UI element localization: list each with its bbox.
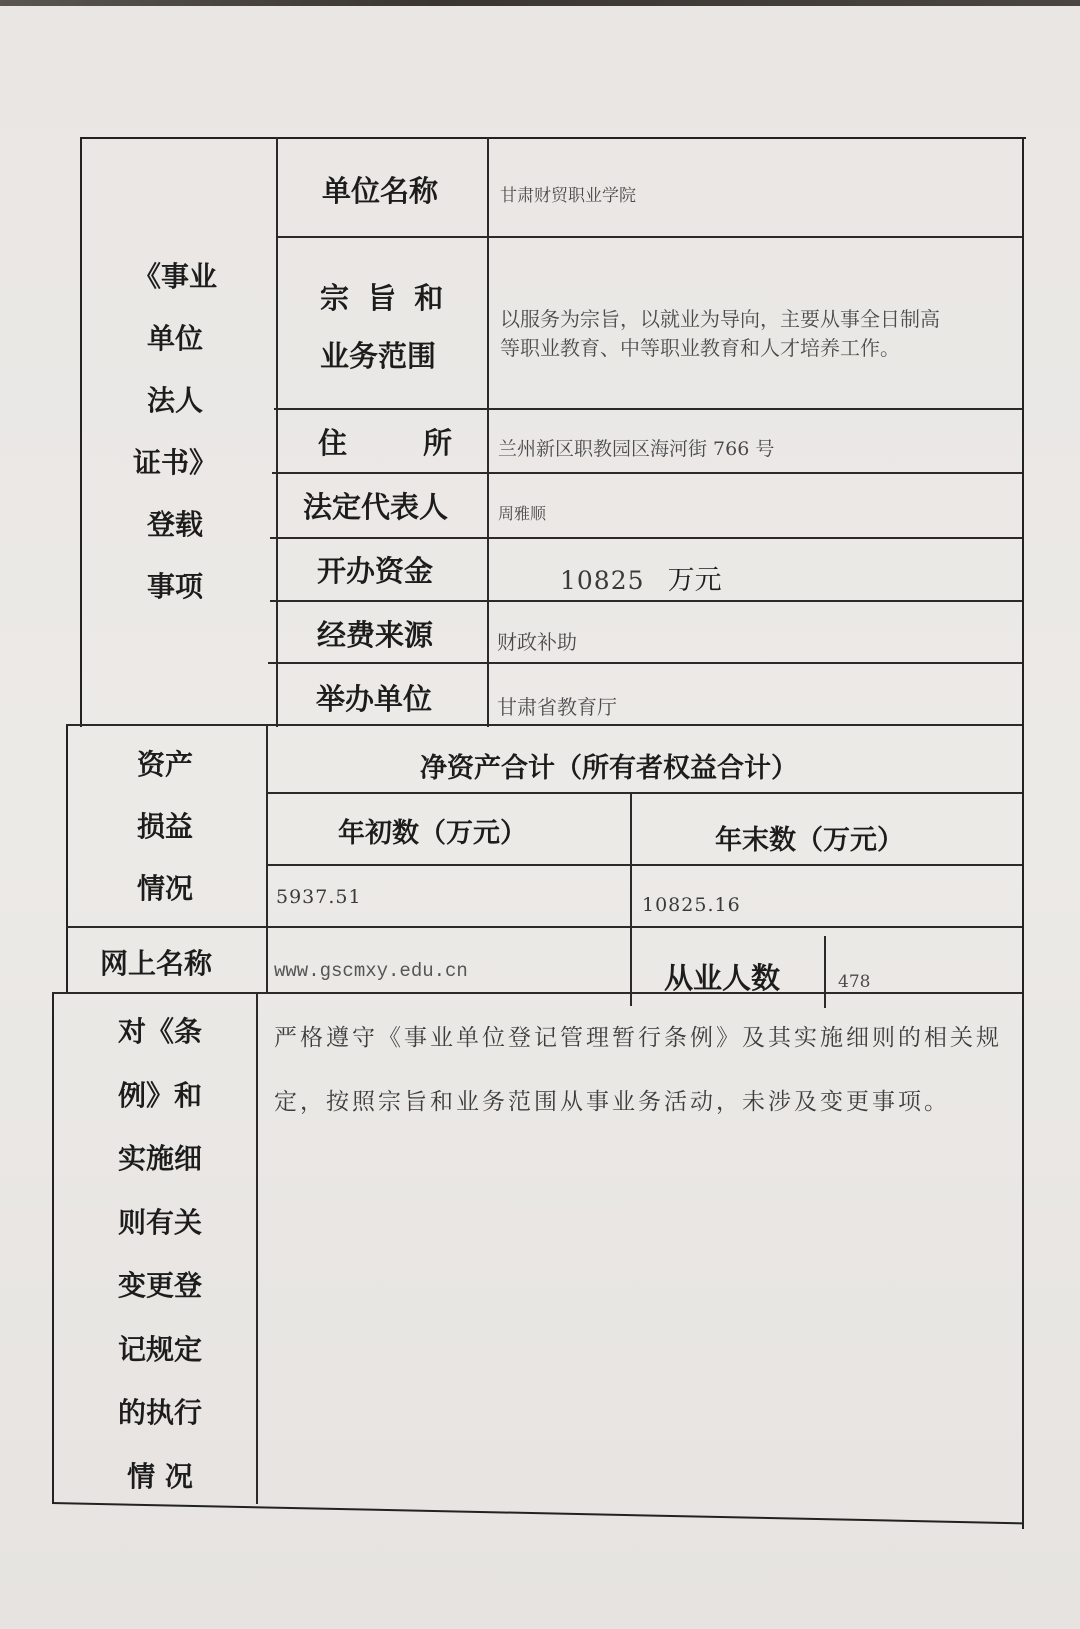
label-line: 变更登 <box>90 1254 230 1318</box>
value-purpose-line2: 等职业教育、中等职业教育和人才培养工作。 <box>500 332 900 361</box>
label-sponsor: 举办单位 <box>316 677 432 718</box>
label-line: 则有关 <box>90 1191 230 1255</box>
col-divider-2 <box>487 137 489 727</box>
section-sep <box>66 724 1022 726</box>
table-border-top <box>82 137 1026 139</box>
table-border-left <box>80 137 82 727</box>
value-sponsor: 甘肃省教育厅 <box>497 691 617 720</box>
col-divider-staff <box>824 936 826 1008</box>
label-line: 事项 <box>105 556 245 618</box>
value-purpose-line1: 以服务为宗旨，以就业为导向，主要从事全日制高 <box>500 303 940 332</box>
certificate-section-label: 《事业 单位 法人 证书》 登载 事项 <box>105 246 245 618</box>
value-begin: 5937.51 <box>276 886 362 908</box>
value-funding-source: 财政补助 <box>497 626 577 655</box>
label-line: 资产 <box>100 734 230 796</box>
label-line: 情 况 <box>90 1445 230 1509</box>
label-line: 损益 <box>100 796 230 858</box>
label-address: 住 所 <box>318 421 458 462</box>
label-funding-source: 经费来源 <box>317 613 433 654</box>
label-unit-name: 单位名称 <box>322 169 438 210</box>
section-sep <box>66 926 1022 928</box>
table-border-left-lower <box>66 724 68 994</box>
value-legal-rep: 周雅顺 <box>498 501 546 524</box>
label-line: 情况 <box>100 858 230 920</box>
capital-amount: 10825 <box>560 566 645 595</box>
row-sep <box>274 408 1022 410</box>
label-line: 法人 <box>105 370 245 432</box>
document-page: 《事业 单位 法人 证书》 登载 事项 单位名称 宗 旨 和 业务范围 住 所 … <box>0 6 1080 1629</box>
assets-section-label: 资产 损益 情况 <box>100 734 230 920</box>
col-begin-header: 年初数（万元） <box>338 811 527 850</box>
col-divider-1 <box>276 137 278 727</box>
row-sep <box>268 662 1022 664</box>
row-sep <box>276 236 1022 238</box>
label-line: 单位 <box>105 308 245 370</box>
value-unit-name: 甘肃财贸职业学院 <box>500 181 636 206</box>
label-line: 实施细 <box>90 1127 230 1191</box>
capital-unit: 万元 <box>668 565 722 596</box>
label-staff-count: 从业人数 <box>664 956 780 997</box>
compliance-section-label: 对《条 例》和 实施细 则有关 变更登 记规定 的执行 情 况 <box>90 1000 230 1508</box>
label-line: 的执行 <box>90 1381 230 1445</box>
label-purpose-line2: 业务范围 <box>320 334 436 375</box>
col-end-header: 年末数（万元） <box>715 818 904 857</box>
label-line: 《事业 <box>105 246 245 308</box>
table-border-right <box>1022 137 1024 1529</box>
label-line: 证书》 <box>105 432 245 494</box>
label-line: 记规定 <box>90 1318 230 1382</box>
value-end: 10825.16 <box>642 894 741 916</box>
value-address: 兰州新区职教园区海河街 766 号 <box>498 434 774 461</box>
value-web-name: www.gscmxy.edu.cn <box>274 960 468 982</box>
col-divider-1b <box>266 724 268 994</box>
row-sep <box>266 864 1022 866</box>
table-border-left-bottom <box>52 992 54 1504</box>
net-assets-header: 净资产合计（所有者权益合计） <box>420 746 798 785</box>
label-purpose-line1: 宗 旨 和 <box>320 276 447 317</box>
value-staff-count: 478 <box>838 972 870 992</box>
col-divider-web <box>630 934 632 1006</box>
compliance-text: 严格遵守《事业单位登记管理暂行条例》及其实施细则的相关规定，按照宗旨和业务范围从… <box>274 1006 1014 1134</box>
row-sep <box>270 600 1022 602</box>
label-line: 登载 <box>105 494 245 556</box>
row-sep <box>270 537 1022 539</box>
label-line: 例》和 <box>90 1064 230 1128</box>
value-capital: 10825 万元 <box>560 558 722 597</box>
label-web-name: 网上名称 <box>100 942 212 982</box>
col-divider-1c <box>256 992 258 1504</box>
label-capital: 开办资金 <box>317 549 433 590</box>
section-sep <box>52 992 1022 994</box>
label-line: 对《条 <box>90 1000 230 1064</box>
label-legal-rep: 法定代表人 <box>303 485 448 526</box>
row-sep <box>266 792 1022 794</box>
row-sep <box>272 472 1022 474</box>
